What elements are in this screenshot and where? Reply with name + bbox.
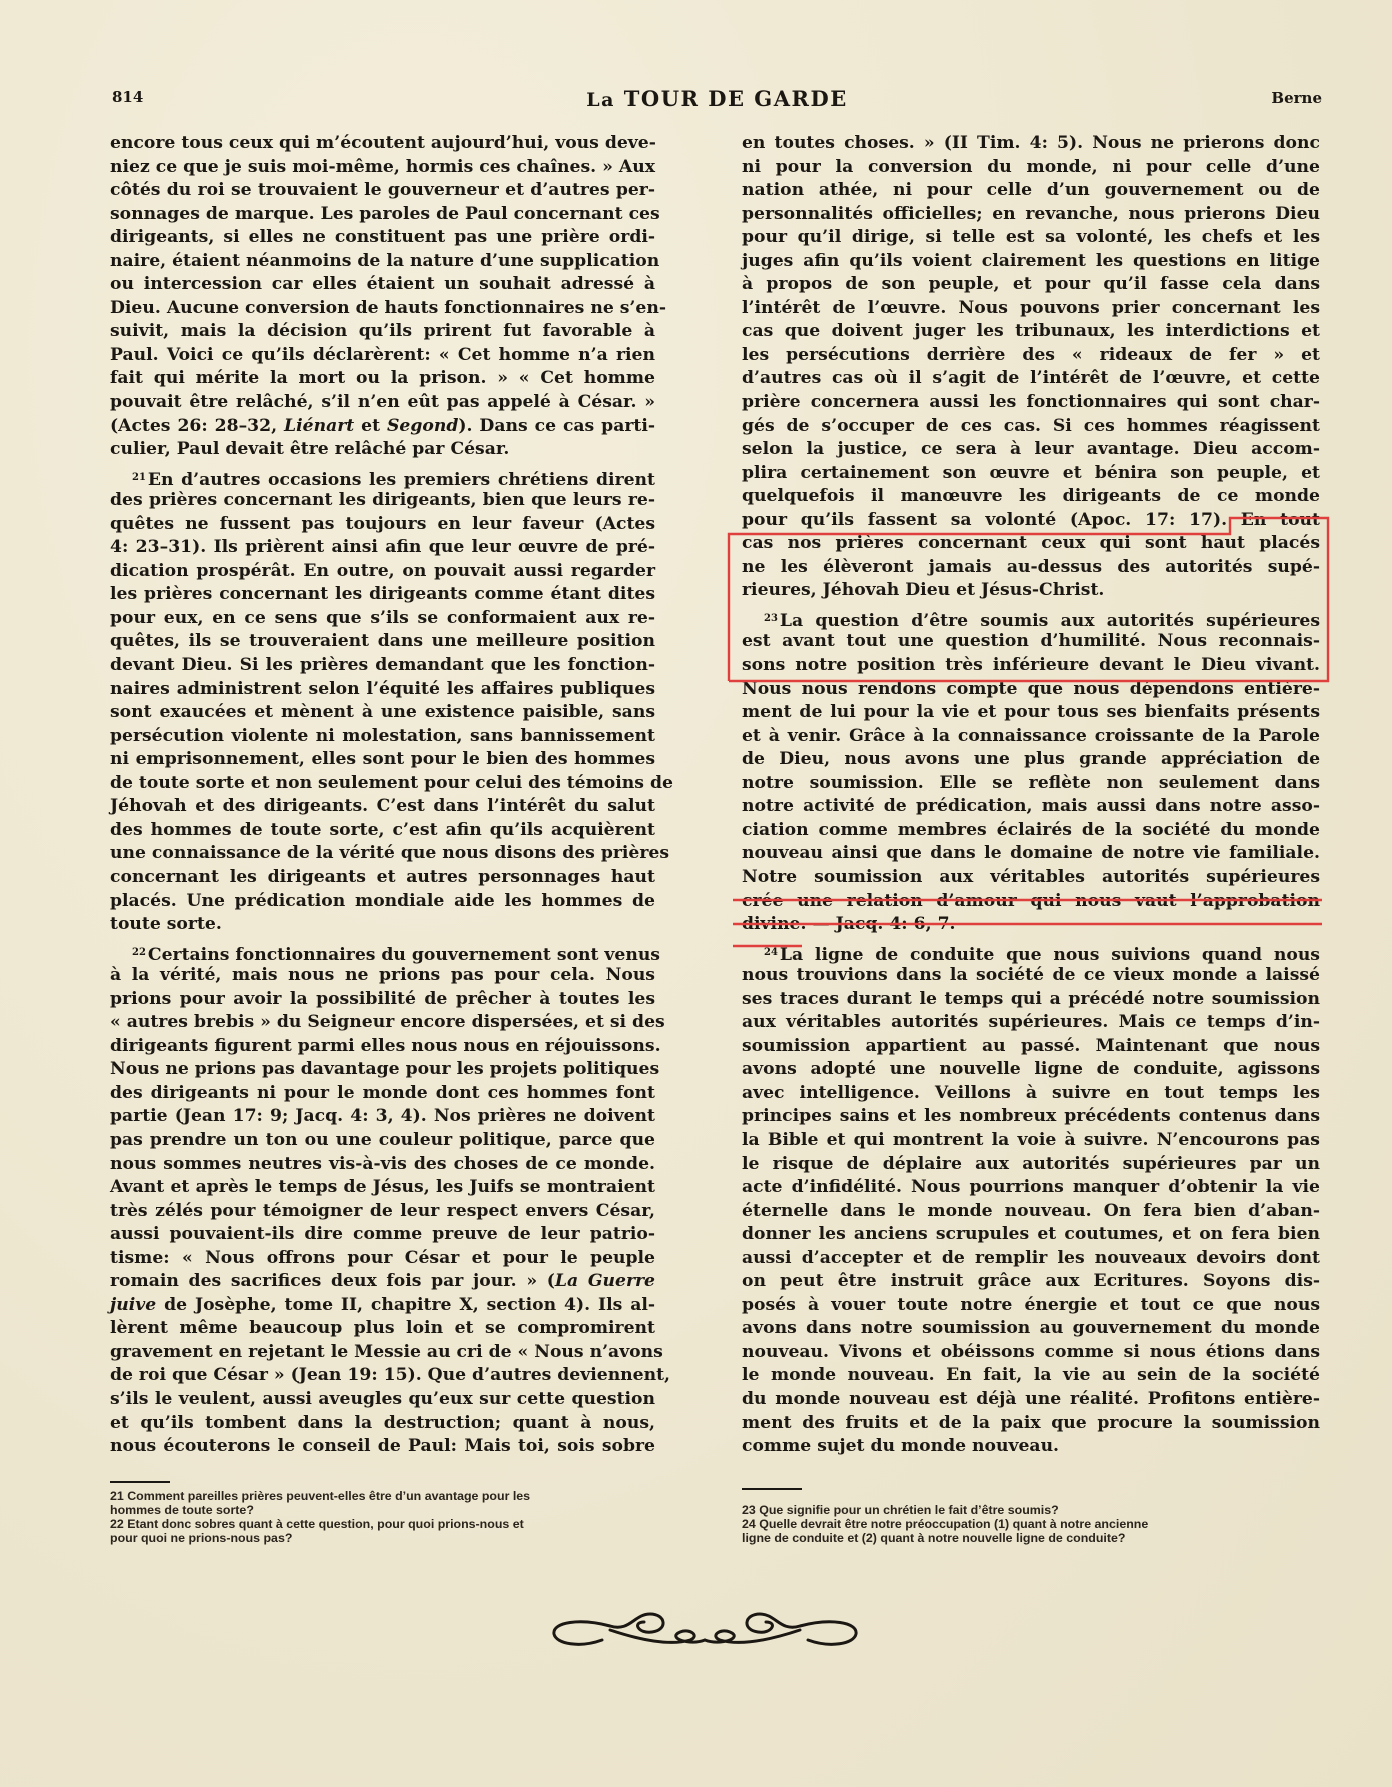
flourish-ornament-icon [540,1600,870,1656]
highlight-box-outline [729,518,1328,681]
highlight-annotation [0,0,1392,1787]
